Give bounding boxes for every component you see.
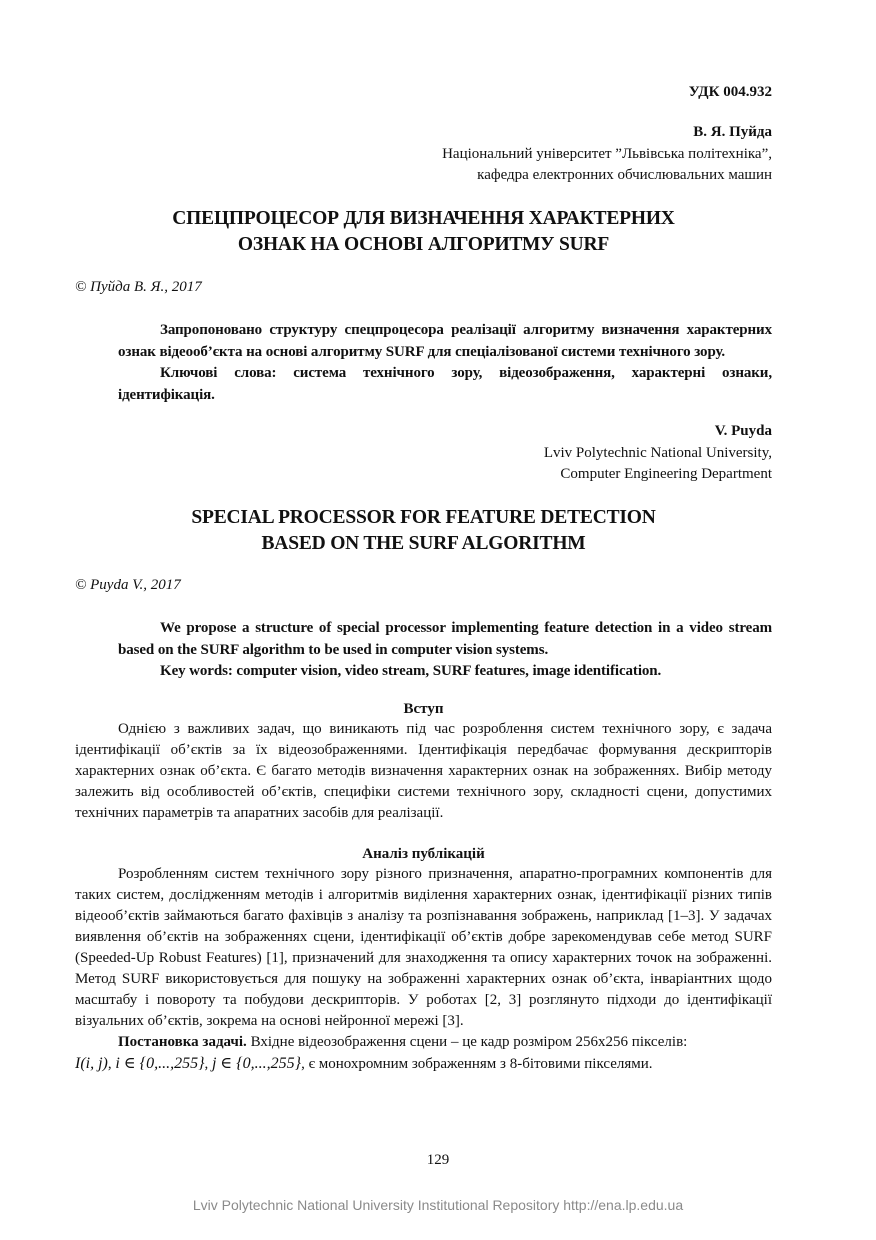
copyright-en: © Puyda V., 2017 (75, 577, 181, 594)
paragraph: Однією з важливих задач, що виникають пі… (75, 719, 772, 824)
abstract-ua: Запропоновано структуру спецпроцесора ре… (118, 320, 772, 406)
repository-footer: Lviv Polytechnic National University Ins… (0, 1197, 876, 1213)
affiliation-en: Lviv Polytechnic National University, Co… (544, 443, 772, 485)
paper-page: УДК 004.932 В. Я. Пуйда Національний уні… (0, 0, 876, 1240)
keywords-ua: Ключові слова: система технічного зору, … (118, 363, 772, 406)
page-number: 129 (0, 1152, 876, 1169)
copyright-ua: © Пуйда В. Я., 2017 (75, 279, 202, 296)
title-en-line: SPECIAL PROCESSOR FOR FEATURE DETECTION (75, 505, 772, 531)
formula-j-range: j ∈ {0,...,255} (212, 1055, 301, 1072)
udk-code: УДК 004.932 (689, 84, 772, 101)
problem-statement-label: Постановка задачі. (118, 1034, 247, 1050)
abstract-ua-text: Запропоновано структуру спецпроцесора ре… (118, 320, 772, 363)
separator: , (108, 1056, 112, 1072)
affiliation-ua-line: кафедра електронних обчислювальних машин (442, 165, 772, 186)
title-en-line: BASED ON THE SURF ALGORITHM (75, 531, 772, 557)
title-ua: СПЕЦПРОЦЕСОР ДЛЯ ВИЗНАЧЕННЯ ХАРАКТЕРНИХ … (75, 206, 772, 258)
problem-statement: Постановка задачі. Вхідне відеозображенн… (75, 1032, 772, 1075)
title-ua-line: СПЕЦПРОЦЕСОР ДЛЯ ВИЗНАЧЕННЯ ХАРАКТЕРНИХ (75, 206, 772, 232)
problem-statement-tail: , є монохромним зображенням з 8-бітовими… (301, 1056, 652, 1072)
separator: , (204, 1056, 208, 1072)
author-ua: В. Я. Пуйда (693, 124, 772, 141)
keywords-en: Key words: computer vision, video stream… (118, 661, 772, 683)
author-en: V. Puyda (715, 423, 772, 440)
affiliation-ua: Національний університет ”Львівська полі… (442, 144, 772, 186)
section-body-review: Розробленням систем технічного зору різн… (75, 864, 772, 1075)
paragraph: Розробленням систем технічного зору різн… (75, 864, 772, 1032)
abstract-en-text: We propose a structure of special proces… (118, 618, 772, 661)
affiliation-ua-line: Національний університет ”Львівська полі… (442, 144, 772, 165)
title-ua-line: ОЗНАК НА ОСНОВІ АЛГОРИТМУ SURF (75, 232, 772, 258)
affiliation-en-line: Lviv Polytechnic National University, (544, 443, 772, 464)
formula-i-range: i ∈ {0,...,255} (115, 1055, 204, 1072)
problem-statement-text: Вхідне відеозображення сцени – це кадр р… (251, 1034, 688, 1050)
section-body-intro: Однією з важливих задач, що виникають пі… (75, 719, 772, 824)
title-en: SPECIAL PROCESSOR FOR FEATURE DETECTION … (75, 505, 772, 557)
abstract-en: We propose a structure of special proces… (118, 618, 772, 683)
section-heading-intro: Вступ (75, 701, 772, 718)
formula-image-function: I(i, j) (75, 1055, 108, 1072)
section-heading-review: Аналіз публікацій (75, 846, 772, 863)
affiliation-en-line: Computer Engineering Department (544, 464, 772, 485)
